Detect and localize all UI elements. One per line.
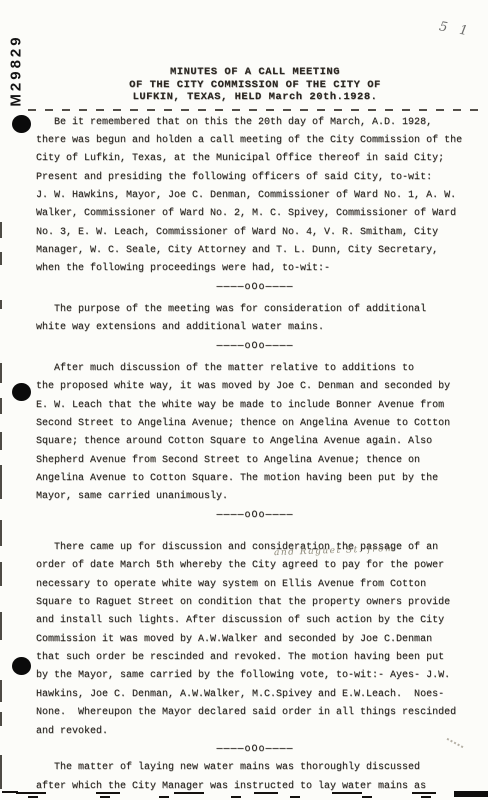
typed-text-line: Manager, W. C. Seale, City Attorney and … bbox=[36, 242, 474, 260]
section-separator: ————oOo———— bbox=[36, 338, 474, 356]
section-separator: ————oOo———— bbox=[36, 741, 474, 759]
hole-punch-icon bbox=[12, 115, 31, 133]
typed-text-line: J. W. Hawkins, Mayor, Joe C. Denman, Com… bbox=[36, 187, 474, 205]
typed-text-line: white way extensions and additional wate… bbox=[36, 319, 474, 337]
typed-text-line: that such order be rescinded and revoked… bbox=[36, 649, 474, 667]
typed-text-line: There came up for discussion and conside… bbox=[36, 539, 474, 557]
document-title: MINUTES OF A CALL MEETING OF THE CITY CO… bbox=[36, 66, 474, 104]
binding-mark bbox=[0, 712, 2, 726]
typed-text-line: The purpose of the meeting was for consi… bbox=[36, 301, 474, 319]
document-body: MINUTES OF A CALL MEETING OF THE CITY CO… bbox=[36, 66, 474, 796]
typed-text-line: Be it remembered that on this the 20th d… bbox=[36, 114, 474, 132]
typed-text-line: E. W. Leach that the white way be made t… bbox=[36, 397, 474, 415]
typed-text-line: Angelina Avenue to Cotton Square. The mo… bbox=[36, 470, 474, 488]
typed-text-line: None. Whereupon the Mayor declared said … bbox=[36, 704, 474, 722]
typed-text-line: order of date March 5th whereby the City… bbox=[36, 557, 474, 575]
file-number-stamp: M29829 bbox=[8, 11, 25, 131]
binding-mark bbox=[0, 562, 2, 586]
typed-text-line: City of Lufkin, Texas, at the Municipal … bbox=[36, 150, 474, 168]
binding-mark bbox=[0, 465, 2, 499]
binding-mark bbox=[0, 680, 2, 702]
scan-edge-artifact bbox=[0, 791, 488, 799]
typed-text-line: there was begun and holden a call meetin… bbox=[36, 132, 474, 150]
typed-text-line: necessary to operate white way system on… bbox=[36, 576, 474, 594]
typed-text-line: Present and presiding the following offi… bbox=[36, 169, 474, 187]
binding-mark bbox=[0, 755, 2, 789]
paragraph-purpose: The purpose of the meeting was for consi… bbox=[36, 301, 474, 338]
hole-punch-icon bbox=[12, 657, 31, 675]
scan-edge-mark bbox=[2, 791, 18, 793]
binding-mark bbox=[0, 398, 2, 414]
typed-text-line: Commission it was moved by A.W.Walker an… bbox=[36, 631, 474, 649]
typed-text-line: Second Street to Angelina Avenue; thence… bbox=[36, 415, 474, 433]
typed-text-line: by the Mayor, same carried by the follow… bbox=[36, 667, 474, 685]
scan-edge-corner bbox=[454, 791, 488, 797]
typed-text-line: the proposed white way, it was moved by … bbox=[36, 378, 474, 396]
binding-mark bbox=[0, 252, 2, 265]
title-line: MINUTES OF A CALL MEETING bbox=[36, 66, 474, 79]
typed-text-line: The matter of laying new water mains was… bbox=[36, 759, 474, 777]
typed-text-line: when the following proceedings were had,… bbox=[36, 260, 474, 278]
typed-text-line: and install such lights. After discussio… bbox=[36, 612, 474, 630]
binding-mark bbox=[0, 612, 2, 640]
typed-text-line: Shepherd Avenue from Second Street to An… bbox=[36, 452, 474, 470]
title-line: LUFKIN, TEXAS, HELD March 20th.1928. bbox=[36, 91, 474, 104]
typed-text-line: After much discussion of the matter rela… bbox=[36, 360, 474, 378]
typed-text-line: Square to Raguet Street on condition tha… bbox=[36, 594, 474, 612]
binding-mark bbox=[0, 222, 2, 238]
paragraph-preamble: Be it remembered that on this the 20th d… bbox=[36, 114, 474, 279]
typed-text-line: No. 3, E. W. Leach, Commissioner of Ward… bbox=[36, 224, 474, 242]
paragraph-white-way-motion: After much discussion of the matter rela… bbox=[36, 360, 474, 507]
section-separator: ————oOo———— bbox=[36, 507, 474, 525]
binding-mark bbox=[0, 300, 2, 309]
typed-text-line: Square; thence around Cotton Square to A… bbox=[36, 433, 474, 451]
typed-text-line: and revoked. bbox=[36, 723, 474, 741]
section-separator: ————oOo———— bbox=[36, 279, 474, 297]
binding-mark bbox=[0, 432, 2, 450]
binding-mark bbox=[0, 520, 2, 546]
typed-text-line: Walker, Commissioner of Ward No. 2, M. C… bbox=[36, 205, 474, 223]
hole-punch-icon bbox=[12, 383, 31, 401]
typed-text-line: Mayor, same carried unanimously. bbox=[36, 488, 474, 506]
scanned-document-page: M29829 5 1 MINUTES OF A CALL MEETING OF … bbox=[0, 0, 488, 800]
title-line: OF THE CITY COMMISSION OF THE CITY OF bbox=[36, 79, 474, 92]
pencil-page-mark: 5 1 bbox=[438, 19, 473, 39]
typed-text-line: Hawkins, Joe C. Denman, A.W.Walker, M.C.… bbox=[36, 686, 474, 704]
binding-mark bbox=[0, 363, 2, 383]
paragraph-order-rescinded: There came up for discussion and conside… bbox=[36, 539, 474, 741]
typed-dashed-rule bbox=[28, 109, 482, 111]
